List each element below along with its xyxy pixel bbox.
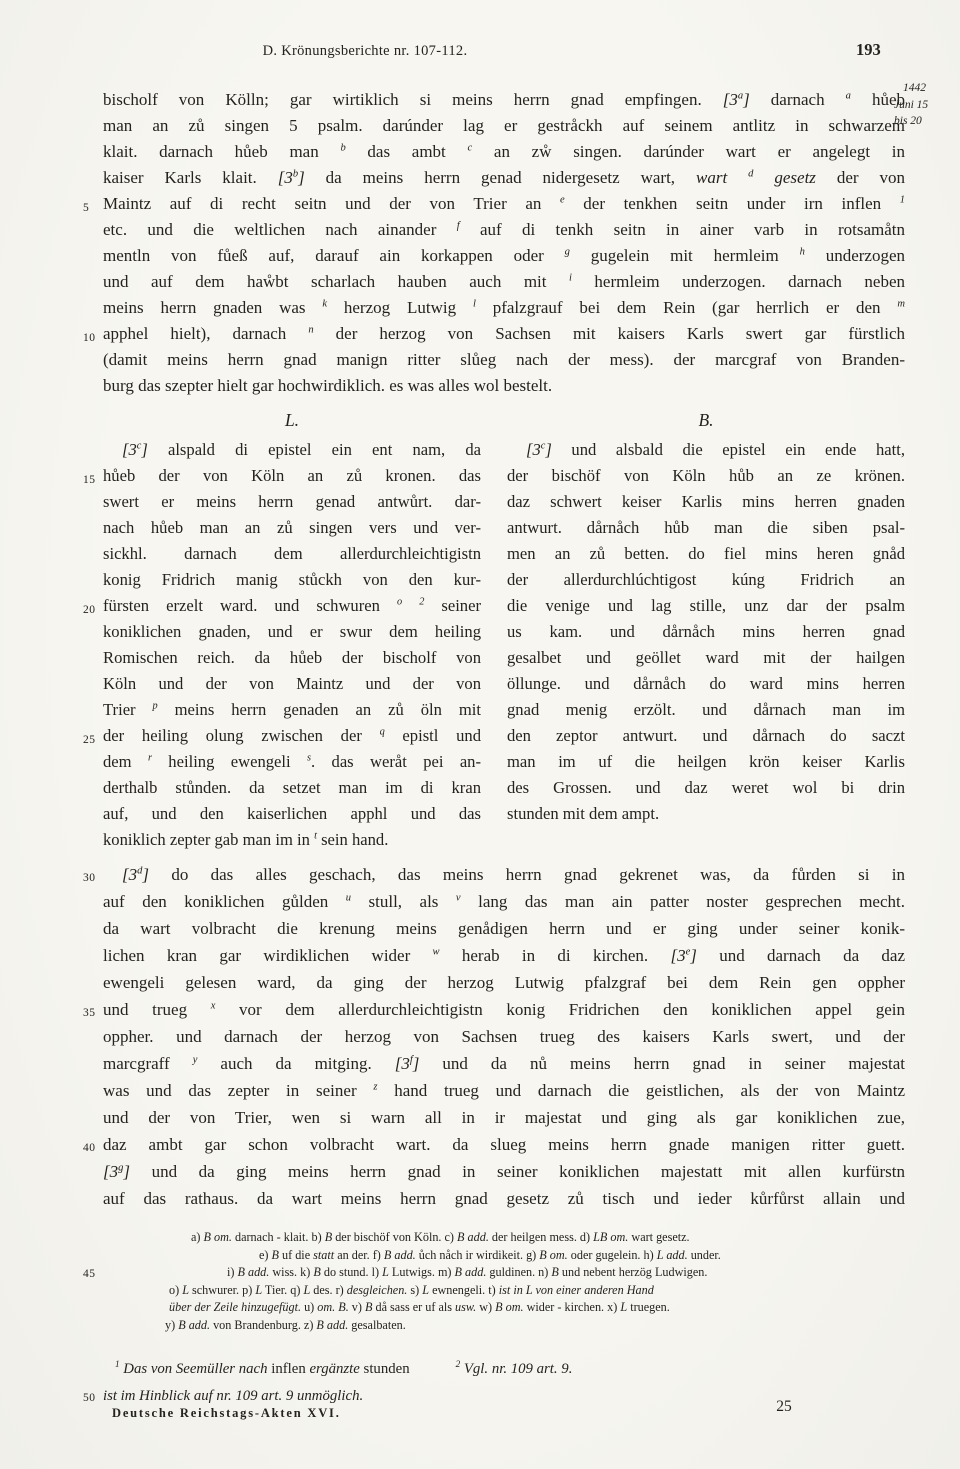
text-segment: Tier. q): [262, 1283, 303, 1297]
text-segment: B add.: [457, 1230, 489, 1244]
text-line: lichen kran gar wirdiklichen wider w her…: [103, 942, 905, 969]
text-segment: gesalbet und geöllet ward mit der hailge…: [507, 648, 905, 667]
column-B-text: [3c] und alsbald die epistel ein ende ha…: [507, 437, 905, 853]
margin-line-number: 50: [83, 1385, 102, 1412]
text-segment: alspald di epistel ein ent nam, da: [148, 440, 481, 459]
text-segment: und darnach da daz: [697, 946, 905, 965]
text-segment: do das alles geschach, das meins herrn g…: [149, 865, 905, 884]
text-segment: ]: [743, 90, 750, 109]
text-segment: [3: [395, 1054, 410, 1073]
text-segment: der bischöf von Köln hůb an ze krönen.: [507, 466, 905, 485]
text-segment: und der von Trier, wen si warn all in ir…: [103, 1108, 905, 1127]
text-line: 40daz ambt gar schon volbracht wart. da …: [103, 1131, 905, 1158]
text-segment: ewnengeli. t): [429, 1283, 499, 1297]
text-segment: über der Zeile hinzugefügt.: [169, 1300, 301, 1314]
text-line: was und das zepter in seiner z hand true…: [103, 1077, 905, 1104]
text-segment: koniklichen gnaden, und er swur dem heil…: [103, 622, 481, 641]
text-segment: gesalbaten.: [348, 1318, 406, 1332]
text-segment: L add.: [657, 1248, 688, 1262]
column-heading-B: B.: [507, 407, 905, 433]
text-line: den zeptor antwurt. und dårnach do saczt: [507, 723, 905, 749]
margin-line-number: 45: [83, 1266, 102, 1284]
text-segment: an zẘ singen. darúnder wart er angelegt …: [472, 142, 905, 161]
text-line: kaiser Karls klait. [3b] da meins herrn …: [103, 165, 905, 191]
page-number: 193: [856, 40, 912, 60]
text-segment: konig Fridrich manig stůckh von den kur-: [103, 570, 481, 589]
text-line: stunden mit dem ampt.: [507, 801, 905, 827]
text-line: meins herrn gnaden was k herzog Lutwig l…: [103, 295, 905, 321]
text-line: y) B add. von Brandenburg. z) B add. ges…: [103, 1317, 905, 1335]
text-segment: an der. f): [334, 1248, 384, 1262]
text-segment: hůeb: [851, 90, 905, 109]
text-segment: und da ging meins herrn gnad in seiner k…: [130, 1162, 905, 1181]
text-segment: statt: [313, 1248, 334, 1262]
text-segment: da meins herrn genad nidergesetz wart,: [305, 168, 696, 187]
text-segment: öllunge. und dårnåch do ward mins herren: [507, 674, 905, 693]
text-segment: darnach: [750, 90, 846, 109]
margin-line-number: 20: [83, 597, 102, 623]
text-line: a) B om. darnach - klait. b) B der bisch…: [103, 1229, 905, 1247]
text-line: bischolf von Kölln; gar wirtiklich si me…: [103, 87, 905, 113]
text-segment: Trier: [103, 700, 153, 719]
text-line: marcgraff y auch da mitging. [3f] und da…: [103, 1050, 905, 1077]
text-line: auf den koniklichen gůlden u stull, als …: [103, 888, 905, 915]
text-segment: men an zů betten. do fiel mins heren gnå…: [507, 544, 905, 563]
text-segment: under.: [688, 1248, 721, 1262]
text-segment: do stund. l): [321, 1265, 382, 1279]
text-segment: von Brandenburg. z): [210, 1318, 316, 1332]
footnote-marker: w: [433, 946, 440, 957]
text-segment: der herzog von Sachsen mit kaisers Karls…: [314, 324, 905, 343]
text-segment: und da nů meins herrn gnad in seiner maj…: [419, 1054, 905, 1073]
text-segment: daz schwert keiser Karlis mins herren gn…: [507, 492, 905, 511]
parallel-columns: [3c] alspald di epistel ein ent nam, da1…: [103, 437, 905, 853]
text-segment: guldinen. n): [486, 1265, 551, 1279]
text-segment: u): [301, 1300, 317, 1314]
text-segment: L: [382, 1265, 389, 1279]
column-L-text: [3c] alspald di epistel ein ent nam, da1…: [103, 437, 481, 853]
text-segment: ergänzte: [309, 1361, 359, 1377]
margin-line-number: 40: [83, 1135, 102, 1162]
text-segment: wider - kirchen. x): [524, 1300, 621, 1314]
text-line: nach hůeb man an zů singen vers und ver-: [103, 515, 481, 541]
text-line: da wart volbracht die krenung meins genå…: [103, 915, 905, 942]
text-segment: [402, 596, 419, 615]
text-line: über der Zeile hinzugefügt. u) om. B. v)…: [103, 1299, 905, 1317]
text-segment: kaiser Karls klait.: [103, 168, 278, 187]
text-segment: und trueg: [103, 1000, 211, 1019]
text-segment: und alsbald die epistel ein ende hatt,: [552, 440, 905, 459]
text-segment: Vgl. nr. 109 art. 9.: [464, 1361, 573, 1377]
text-segment: gugelein mit hermleim: [570, 246, 800, 265]
footnote-marker: 1: [900, 194, 905, 205]
text-segment: bischolf von Kölln; gar wirtiklich si me…: [103, 90, 723, 109]
text-segment: und nebent herzög Ludwigen.: [559, 1265, 708, 1279]
scanned-book-page: D. Krönungsberichte nr. 107-112. 193 144…: [0, 0, 960, 1469]
text-segment: oppher. und darnach der herzog von Sachs…: [103, 1027, 905, 1046]
text-line: oppher. und darnach der herzog von Sachs…: [103, 1023, 905, 1050]
text-line: 15hůeb der von Köln an zů kronen. das: [103, 463, 481, 489]
text-segment: auch da mitging.: [197, 1054, 394, 1073]
text-line: klait. darnach hůeb man b das ambt c an …: [103, 139, 905, 165]
text-segment: des Grossen. und daz weret wol bi drin: [507, 778, 905, 797]
text-line: burg das szepter hielt gar hochwirdiklic…: [103, 373, 905, 399]
text-segment: ist in L von einer anderen Hand: [499, 1283, 654, 1297]
text-segment: wart gesetz.: [628, 1230, 689, 1244]
text-segment: B add.: [455, 1265, 487, 1279]
text-segment: stunden: [360, 1361, 410, 1377]
text-segment: antwurt. dårnåch hůb man die siben psal-: [507, 518, 905, 537]
text-segment: klait. darnach hůeb man: [103, 142, 340, 161]
text-line: us kam. und dårnåch mins herren gnad: [507, 619, 905, 645]
text-line: (damit meins herrn gnad manign ritter sl…: [103, 347, 905, 373]
text-segment: man im uf die heilgen krön keiser Karlis: [507, 752, 905, 771]
text-segment: marcgraff: [103, 1054, 193, 1073]
text-line: swert er meins herrn genad antwůrt. dar-: [103, 489, 481, 515]
text-segment: Lutwigs. m): [389, 1265, 455, 1279]
text-line: man im uf die heilgen krön keiser Karlis: [507, 749, 905, 775]
text-segment: B om.: [539, 1248, 567, 1262]
text-line: konig Fridrich manig stůckh von den kur-: [103, 567, 481, 593]
text-line: dem r heiling ewengeli s. das weråt pei …: [103, 749, 481, 775]
text-segment: etc. und die weltlichen nach ainander: [103, 220, 457, 239]
text-segment: i): [227, 1265, 238, 1279]
text-line: 30[3d] do das alles geschach, das meins …: [103, 861, 905, 888]
text-segment: ewengeli gelesen ward, da ging der herzo…: [103, 973, 905, 992]
text-segment: då sass er uf als: [372, 1300, 455, 1314]
text-segment: das ambt: [346, 142, 468, 161]
text-segment: [727, 168, 748, 187]
text-segment: auf das rathaus. da wart meins herrn gna…: [103, 1189, 905, 1208]
text-segment: der heilgen mess. d): [489, 1230, 593, 1244]
text-segment: der bischöf von Köln. c): [332, 1230, 457, 1244]
text-segment: hermleim underzogen. darnach neben: [572, 272, 905, 291]
text-segment: dem: [103, 752, 148, 771]
footnote-marker: m: [897, 298, 905, 309]
text-segment: y): [165, 1318, 178, 1332]
text-segment: desgleichen.: [347, 1283, 408, 1297]
text-line: koniklichen gnaden, und er swur dem heil…: [103, 619, 481, 645]
text-segment: [3: [122, 440, 137, 459]
text-segment: mentln von fůeß auf, darauf ain korkappe…: [103, 246, 565, 265]
text-segment: [3: [670, 946, 685, 965]
text-segment: us kam. und dårnåch mins herren gnad: [507, 622, 905, 641]
text-line: 1 Das von Seemüller nach inflen ergänzte…: [103, 1356, 905, 1383]
text-segment: der tenkhen seitn under irn inflen: [565, 194, 900, 213]
running-header-title: D. Krönungsberichte nr. 107-112.: [225, 43, 505, 60]
text-line: Trier p meins herrn genaden an zů öln mi…: [103, 697, 481, 723]
text-segment: [753, 168, 774, 187]
text-segment: Das von Seemüller nach: [123, 1361, 267, 1377]
text-segment: auf den koniklichen gůlden: [103, 892, 346, 911]
text-segment: lang das man ain patter noster gespreche…: [461, 892, 905, 911]
text-segment: a): [191, 1230, 204, 1244]
text-segment: s): [407, 1283, 422, 1297]
text-segment: koniklich zepter gab man im in: [103, 830, 314, 849]
text-line: 5Maintz auf di recht seitn und der von T…: [103, 191, 905, 217]
text-line: [3c] und alsbald die epistel ein ende ha…: [507, 437, 905, 463]
text-segment: meins herrn genaden an zů öln mit: [158, 700, 481, 719]
text-segment: die venige und lag stille, unz dar der p…: [507, 596, 905, 615]
text-segment: da wart volbracht die krenung meins genå…: [103, 919, 905, 938]
text-segment: w): [476, 1300, 495, 1314]
text-segment: ist im Hinblick auf nr. 109 art. 9 unmög…: [103, 1388, 363, 1404]
text-segment: [3: [526, 440, 541, 459]
intro-paragraph: bischolf von Kölln; gar wirtiklich si me…: [103, 87, 905, 399]
text-segment: heiling ewengeli: [152, 752, 307, 771]
text-segment: auf di tenkh seitn in ainer varb in rots…: [460, 220, 905, 239]
text-segment: stunden mit dem ampt.: [507, 804, 659, 823]
text-segment: B: [313, 1265, 320, 1279]
text-line: ewengeli gelesen ward, da ging der herzo…: [103, 969, 905, 996]
text-segment: B: [272, 1248, 279, 1262]
text-segment: ]: [690, 946, 697, 965]
text-line: [3g] und da ging meins herrn gnad in sei…: [103, 1158, 905, 1185]
text-segment: wiss. k): [269, 1265, 313, 1279]
series-title: Deutsche Reichstags-Akten XVI.: [112, 1406, 341, 1421]
text-segment: Romischen reich. da hůeb der bischolf vo…: [103, 648, 481, 667]
text-segment: (damit meins herrn gnad manign ritter sl…: [103, 350, 905, 369]
text-segment: epistl und: [385, 726, 481, 745]
text-segment: B add.: [384, 1248, 416, 1262]
footnote-marker: 1: [115, 1359, 120, 1369]
text-line: öllunge. und dårnåch do ward mins herren: [507, 671, 905, 697]
text-line: koniklich zepter gab man im in t sein ha…: [103, 827, 481, 853]
text-line: antwurt. dårnåch hůb man die siben psal-: [507, 515, 905, 541]
text-segment: wart: [696, 168, 727, 187]
text-line: und auf dem haẘbt scharlach hauben auch …: [103, 269, 905, 295]
text-line: 45i) B add. wiss. k) B do stund. l) L Lu…: [103, 1264, 905, 1282]
text-segment: des. r): [310, 1283, 347, 1297]
text-segment: lichen kran gar wirdiklichen wider: [103, 946, 433, 965]
text-line: mentln von fůeß auf, darauf ain korkappe…: [103, 243, 905, 269]
text-segment: und auf dem haẘbt scharlach hauben auch …: [103, 272, 569, 291]
text-segment: nach hůeb man an zů singen vers und ver-: [103, 518, 481, 537]
text-line: Köln und der von Maintz und der von: [103, 671, 481, 697]
text-segment: LB om.: [593, 1230, 628, 1244]
margin-line-number: 25: [83, 727, 102, 753]
text-line: e) B uf die statt an der. f) B add. ůch …: [103, 1247, 905, 1265]
text-segment: sein hand.: [317, 830, 388, 849]
text-segment: B: [551, 1265, 558, 1279]
sheet-signature: 25: [761, 1398, 807, 1416]
text-segment: der heiling olung zwischen der: [103, 726, 380, 745]
text-segment: auf, und den kaiserlichen apphl und das: [103, 804, 481, 823]
margin-line-number: 35: [83, 1000, 102, 1027]
text-segment: truegen.: [627, 1300, 670, 1314]
text-line: gesalbet und geöllet ward mit der hailge…: [507, 645, 905, 671]
text-segment: seiner: [424, 596, 481, 615]
text-segment: B add.: [178, 1318, 210, 1332]
text-segment: pfalzgrauf bei dem Rein (gar herrlich er…: [476, 298, 898, 317]
text-line: 20fürsten erzelt ward. und schwuren o 2 …: [103, 593, 481, 619]
text-line: und der von Trier, wen si warn all in ir…: [103, 1104, 905, 1131]
margin-line-number: 30: [83, 865, 102, 892]
text-line: men an zů betten. do fiel mins heren gnå…: [507, 541, 905, 567]
text-segment: B add.: [238, 1265, 270, 1279]
margin-line-number: 10: [83, 325, 102, 351]
body-paragraph: 30[3d] do das alles geschach, das meins …: [103, 861, 905, 1212]
text-segment: [3: [723, 90, 738, 109]
text-line: auf das rathaus. da wart meins herrn gna…: [103, 1185, 905, 1212]
margin-line-number: 5: [83, 195, 102, 221]
text-segment: was und das zepter in seiner: [103, 1081, 373, 1100]
text-line: des Grossen. und daz weret wol bi drin: [507, 775, 905, 801]
text-segment: . das weråt pei an-: [311, 752, 481, 771]
text-line: etc. und die weltlichen nach ainander f …: [103, 217, 905, 243]
text-segment: uf die: [279, 1248, 313, 1262]
text-segment: schwurer. p): [189, 1283, 255, 1297]
text-line: 10apphel hielt), darnach n der herzog vo…: [103, 321, 905, 347]
text-segment: oder gugelein. h): [568, 1248, 657, 1262]
text-segment: daz ambt gar schon volbracht wart. da sl…: [103, 1135, 905, 1154]
critical-apparatus: a) B om. darnach - klait. b) B der bisch…: [103, 1229, 905, 1335]
text-line: der bischöf von Köln hůb an ze krönen.: [507, 463, 905, 489]
text-segment: swert er meins herrn genad antwůrt. dar-: [103, 492, 481, 511]
text-segment: darnach - klait. b): [232, 1230, 325, 1244]
column-heading-L: L.: [103, 407, 481, 433]
text-line: daz schwert keiser Karlis mins herren gn…: [507, 489, 905, 515]
text-segment: herzog Lutwig: [327, 298, 473, 317]
text-line: o) L schwurer. p) L Tier. q) L des. r) d…: [103, 1282, 905, 1300]
text-line: sickhl. darnach dem allerdurchleichtigis…: [103, 541, 481, 567]
text-segment: ůch nåch ir wirdikeit. g): [416, 1248, 540, 1262]
text-segment: den zeptor antwurt. und dårnach do saczt: [507, 726, 905, 745]
text-segment: [3: [103, 1162, 118, 1181]
text-segment: stull, als: [351, 892, 456, 911]
text-segment: Köln und der von Maintz und der von: [103, 674, 481, 693]
column-headings: L. B.: [103, 407, 905, 433]
text-segment: der allerdurchlúchtigost kúng Fridrich a…: [507, 570, 905, 589]
text-segment: usw.: [455, 1300, 476, 1314]
text-segment: Maintz auf di recht seitn und der von Tr…: [103, 194, 560, 213]
text-segment: L: [182, 1283, 189, 1297]
text-segment: gesetz: [774, 168, 816, 187]
text-segment: underzogen: [805, 246, 905, 265]
text-segment: herab in di kirchen.: [440, 946, 671, 965]
text-segment: B om.: [204, 1230, 232, 1244]
text-segment: inflen: [268, 1361, 310, 1377]
text-segment: v): [349, 1300, 365, 1314]
text-segment: sickhl. darnach dem allerdurchleichtigis…: [103, 544, 481, 563]
text-segment: hůeb der von Köln an zů kronen. das: [103, 466, 481, 485]
text-line: derthalb stůnden. da setzet man im di kr…: [103, 775, 481, 801]
margin-line-number: 15: [83, 467, 102, 493]
text-line: Romischen reich. da hůeb der bischolf vo…: [103, 645, 481, 671]
text-line: die venige und lag stille, unz dar der p…: [507, 593, 905, 619]
text-segment: hand trueg und darnach die geistlichen, …: [377, 1081, 905, 1100]
text-segment: B om.: [495, 1300, 523, 1314]
text-segment: gnad menig erzölt. und dårnach man im: [507, 700, 905, 719]
text-segment: om. B.: [317, 1300, 348, 1314]
text-segment: [3: [122, 865, 137, 884]
text-segment: derthalb stůnden. da setzet man im di kr…: [103, 778, 481, 797]
text-line: [3c] alspald di epistel ein ent nam, da: [103, 437, 481, 463]
text-segment: [3: [278, 168, 293, 187]
text-segment: vor dem allerdurchleichtigistn konig Fri…: [215, 1000, 905, 1019]
text-line: 25der heiling olung zwischen der q epist…: [103, 723, 481, 749]
text-segment: apphel hielt), darnach: [103, 324, 308, 343]
text-segment: burg das szepter hielt gar hochwirdiklic…: [103, 376, 552, 395]
text-segment: der von: [816, 168, 905, 187]
text-line: gnad menig erzölt. und dårnach man im: [507, 697, 905, 723]
text-segment: o): [169, 1283, 182, 1297]
text-segment: e): [259, 1248, 272, 1262]
text-line: man an zů singen 5 psalm. darúnder lag e…: [103, 113, 905, 139]
text-line: der allerdurchlúchtigost kúng Fridrich a…: [507, 567, 905, 593]
text-segment: ]: [298, 168, 305, 187]
text-segment: B add.: [316, 1318, 348, 1332]
text-segment: man an zů singen 5 psalm. darúnder lag e…: [103, 116, 905, 135]
text-line: 35und trueg x vor dem allerdurchleichtig…: [103, 996, 905, 1023]
text-segment: meins herrn gnaden was: [103, 298, 322, 317]
text-line: auf, und den kaiserlichen apphl und das: [103, 801, 481, 827]
text-segment: fürsten erzelt ward. und schwuren: [103, 596, 397, 615]
